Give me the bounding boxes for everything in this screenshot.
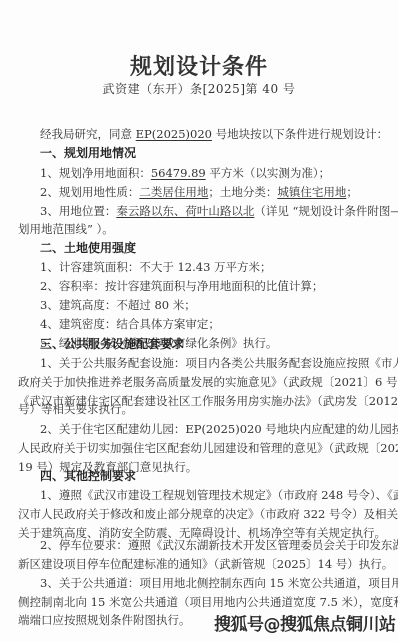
section-heading-2: 二、土地使用强度: [40, 240, 136, 256]
section-heading-1: 一、规划用地情况: [40, 145, 136, 161]
item-parking-l1: 2、停车位要求：遵照《武汉东湖新技术开发区管理委员会关于印发东湖高: [40, 537, 398, 553]
document-page: 规划设计条件 武资建（东开）条[2025]第 40 号 经我局研究，同意 EP(…: [0, 0, 398, 642]
item-parking-l2: 新区建设项目停车位配建标准的通知》（武新管规〔2025〕14 号）执行。: [18, 556, 393, 572]
item-regulations-l2: 汉市人民政府关于修改和废止部分规章的决定》（市政府 322 号令）及相关部门: [18, 506, 398, 522]
item-land-location-cont: 划用地范围线” ）。: [18, 221, 114, 237]
item-regulations-l1: 1、遵照《武汉市建设工程规划管理技术规定》（市政府 248 号令）、《武: [40, 487, 398, 503]
document-title: 规划设计条件: [0, 50, 398, 81]
item-public-service-l1: 1、关于公共服务配套设施：项目内各类公共服务配套设施应按照《市人民: [40, 355, 398, 371]
item-public-passage-l1: 3、关于公共通道：项目用地北侧控制东西向 15 米宽公共通道，项目用地西: [40, 575, 398, 591]
item-public-service-l2: 政府关于加快推进养老服务高质量发展的实施意见》（武政规〔2021〕6 号）、: [18, 374, 398, 390]
item-net-land-area: 1、规划净用地面积：56479.89 平方米（以实测为准）；: [40, 165, 330, 181]
item-building-height: 3、建筑高度：不超过 80 米；: [40, 297, 196, 313]
item-public-service-l4: 号）等相关要求执行。: [18, 401, 133, 417]
parcel-code: EP(2025)020: [136, 127, 212, 141]
item-floor-area: 1、计容建筑面积：不大于 12.43 万平方米；: [40, 259, 272, 275]
intro-paragraph: 经我局研究，同意 EP(2025)020 号地块按以下条件进行规划设计：: [40, 126, 388, 142]
item-public-passage-l3: 端端口应按照规划条件附图执行。: [18, 612, 191, 628]
item-land-location: 3、用地位置：秦云路以东、荷叶山路以北（详见 “规划设计条件附图—规: [40, 203, 398, 219]
watermark: 搜狐号@搜狐焦点铜川站: [214, 610, 396, 635]
section-heading-3: 三、公共服务设施配套要求: [40, 336, 184, 352]
item-building-density: 4、建筑密度：结合具体方案审定；: [40, 316, 220, 332]
item-public-passage-l2: 侧控制南北向 15 米宽公共通道（项目用地内公共通道宽度 7.5 米），宽度和两: [18, 594, 398, 610]
item-land-use-nature: 2、规划用地性质：二类居住用地；土地分类：城镇住宅用地；: [40, 184, 358, 200]
item-plot-ratio: 2、容积率：按计容建筑面积与净用地面积的比值计算；: [40, 278, 323, 294]
item-kindergarten-l1: 2、关于住宅区配建幼儿园：EP(2025)020 号地块内应配建的幼儿园按照《市: [40, 421, 398, 437]
section-heading-4: 四、其他控制要求: [40, 468, 136, 484]
document-number: 武资建（东开）条[2025]第 40 号: [0, 80, 398, 97]
item-kindergarten-l2: 人民政府关于切实加强住宅区配套幼儿园建设和管理的意见》（武政规〔2023〕: [18, 440, 398, 456]
